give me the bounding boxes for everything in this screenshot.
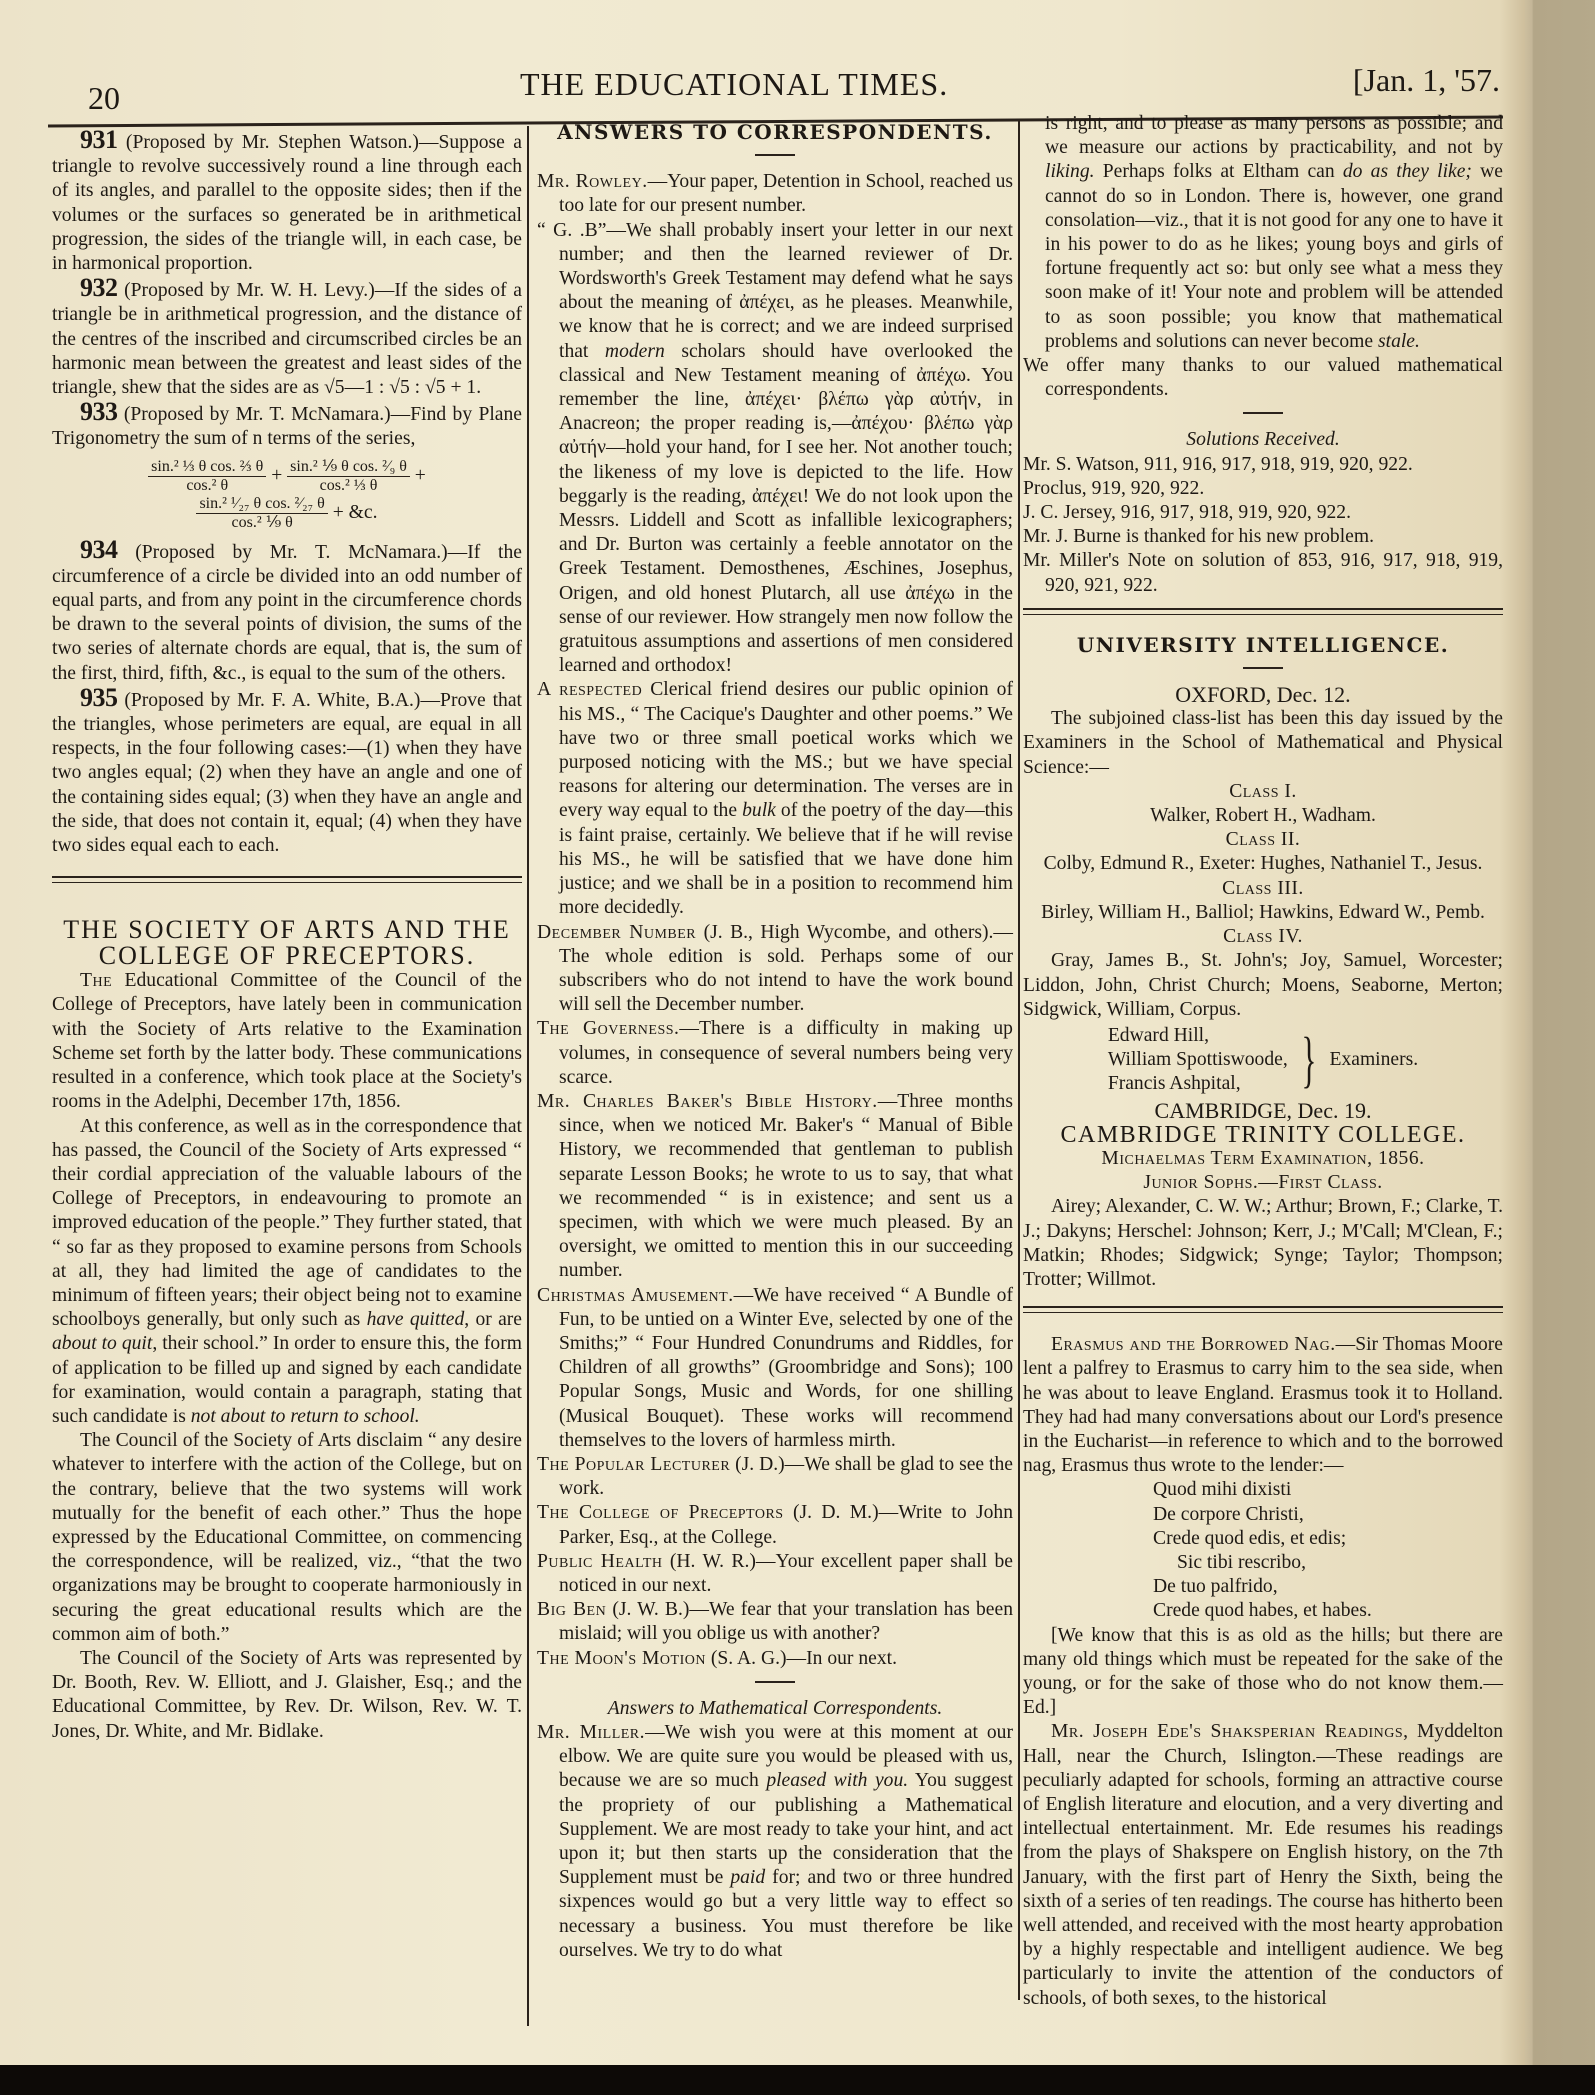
- correspondent-entry: Mr. Rowley.—Your paper, Detention in Sch…: [537, 170, 1013, 218]
- miller-continued: is right, and to please as many persons …: [1023, 112, 1503, 354]
- issue-date: [Jan. 1, '57.: [1353, 62, 1500, 99]
- ede-readings-article: Mr. Joseph Ede's Shaksperian Readings, M…: [1023, 1720, 1503, 2010]
- latin-verse: Quod mihi dixisti De corpore Christi, Cr…: [1023, 1478, 1503, 1623]
- correspondent-entry: The Popular Lecturer (J. D.)—We shall be…: [537, 1453, 1013, 1501]
- correspondent-entry: Mr. Charles Baker's Bible History.—Three…: [537, 1090, 1013, 1284]
- column-2: ANSWERS TO CORRESPONDENTS. Mr. Rowley.—Y…: [537, 120, 1013, 1963]
- correspondent-entry-miller: Mr. Miller.—We wish you were at this mom…: [537, 1721, 1013, 1963]
- solution-entry: J. C. Jersey, 916, 917, 918, 919, 920, 9…: [1023, 501, 1503, 525]
- newspaper-title: THE EDUCATIONAL TIMES.: [520, 66, 948, 103]
- solution-entry: Proclus, 919, 920, 922.: [1023, 477, 1503, 501]
- society-paragraph: The Council of the Society of Arts discl…: [52, 1429, 522, 1647]
- math-answers-heading: Answers to Mathematical Correspondents.: [537, 1697, 1013, 1721]
- newspaper-page: 20 THE EDUCATIONAL TIMES. [Jan. 1, '57. …: [0, 0, 1595, 2065]
- junior-sophs-heading: Junior Sophs.—First Class.: [1023, 1171, 1503, 1195]
- solution-entry: Mr. J. Burne is thanked for his new prob…: [1023, 525, 1503, 549]
- class-names: Birley, William H., Balliol; Hawkins, Ed…: [1023, 901, 1503, 925]
- series-formula: sin.² ⅓ θ cos. ⅔ θcos.² θ + sin.² ⅑ θ co…: [52, 458, 522, 532]
- trinity-heading: CAMBRIDGE TRINITY COLLEGE.: [1023, 1123, 1503, 1147]
- page-number: 20: [88, 80, 120, 117]
- society-paragraph: At this conference, as well as in the co…: [52, 1115, 522, 1430]
- section-rule: [1023, 608, 1503, 615]
- column-divider: [1018, 120, 1020, 2000]
- society-article-title: THE SOCIETY OF ARTS AND THE COLLEGE OF P…: [52, 917, 522, 969]
- university-heading: UNIVERSITY INTELLIGENCE.: [1023, 633, 1503, 657]
- column-divider: [527, 126, 529, 2026]
- brace-icon: }: [1301, 1029, 1316, 1091]
- column-1: 931 (Proposed by Mr. Stephen Watson.)—Su…: [52, 128, 522, 1744]
- correspondent-entry: The Governess.—There is a difficulty in …: [537, 1017, 1013, 1090]
- class-names: Gray, James B., St. John's; Joy, Samuel,…: [1023, 949, 1503, 1022]
- problem-934: 934 (Proposed by Mr. T. McNamara.)—If th…: [52, 538, 522, 686]
- examiners-list: Edward Hill, William Spottiswoode, Franc…: [1023, 1024, 1503, 1097]
- junior-sophs-names: Airey; Alexander, C. W. W.; Arthur; Brow…: [1023, 1195, 1503, 1292]
- correspondent-entry: The Moon's Motion (S. A. G.)—In our next…: [537, 1647, 1013, 1671]
- class-label: Class IV.: [1023, 925, 1503, 949]
- problem-932: 932 (Proposed by Mr. W. H. Levy.)—If the…: [52, 276, 522, 400]
- correspondent-entry: December Number (J. B., High Wycombe, an…: [537, 921, 1013, 1018]
- society-paragraph: The Council of the Society of Arts was r…: [52, 1647, 522, 1744]
- short-rule: [1243, 667, 1283, 669]
- solutions-heading: Solutions Received.: [1023, 428, 1503, 452]
- correspondent-entry: A respected Clerical friend desires our …: [537, 678, 1013, 920]
- class-label: Class II.: [1023, 828, 1503, 852]
- short-rule: [755, 154, 795, 156]
- class-names: Walker, Robert H., Wadham.: [1023, 804, 1503, 828]
- short-rule: [1243, 412, 1283, 414]
- problem-933: 933 (Proposed by Mr. T. McNamara.)—Find …: [52, 400, 522, 451]
- thanks-note: We offer many thanks to our valued mathe…: [1023, 354, 1503, 402]
- problem-931: 931 (Proposed by Mr. Stephen Watson.)—Su…: [52, 128, 522, 276]
- oxford-intro: The subjoined class-list has been this d…: [1023, 707, 1503, 780]
- column-3: is right, and to please as many persons …: [1023, 112, 1503, 2011]
- problem-935: 935 (Proposed by Mr. F. A. White, B.A.)—…: [52, 686, 522, 858]
- class-label: Class I.: [1023, 780, 1503, 804]
- short-rule: [755, 1681, 795, 1683]
- cambridge-heading: CAMBRIDGE, Dec. 19.: [1023, 1099, 1503, 1123]
- correspondent-entry: Big Ben (J. W. B.)—We fear that your tra…: [537, 1598, 1013, 1646]
- solution-entry: Mr. S. Watson, 911, 916, 917, 918, 919, …: [1023, 453, 1503, 477]
- section-rule: [1023, 1306, 1503, 1313]
- editor-note: [We know that this is as old as the hill…: [1023, 1624, 1503, 1721]
- class-label: Class III.: [1023, 877, 1503, 901]
- page-edge: [1525, 0, 1595, 2065]
- solution-entry: Mr. Miller's Note on solution of 853, 91…: [1023, 549, 1503, 597]
- oxford-heading: OXFORD, Dec. 12.: [1023, 683, 1503, 707]
- michaelmas-heading: Michaelmas Term Examination, 1856.: [1023, 1147, 1503, 1171]
- answers-heading: ANSWERS TO CORRESPONDENTS.: [537, 120, 1013, 144]
- section-rule: [52, 876, 522, 883]
- correspondent-entry: “ G. .B”—We shall probably insert your l…: [537, 219, 1013, 679]
- society-paragraph: The Educational Committee of the Council…: [52, 969, 522, 1114]
- correspondent-entry: Christmas Amusement.—We have received “ …: [537, 1284, 1013, 1453]
- class-names: Colby, Edmund R., Exeter: Hughes, Nathan…: [1023, 852, 1503, 876]
- correspondent-entry: The College of Preceptors (J. D. M.)—Wri…: [537, 1501, 1013, 1549]
- erasmus-article: Erasmus and the Borrowed Nag.—Sir Thomas…: [1023, 1333, 1503, 1478]
- correspondent-entry: Public Health (H. W. R.)—Your excellent …: [537, 1550, 1013, 1598]
